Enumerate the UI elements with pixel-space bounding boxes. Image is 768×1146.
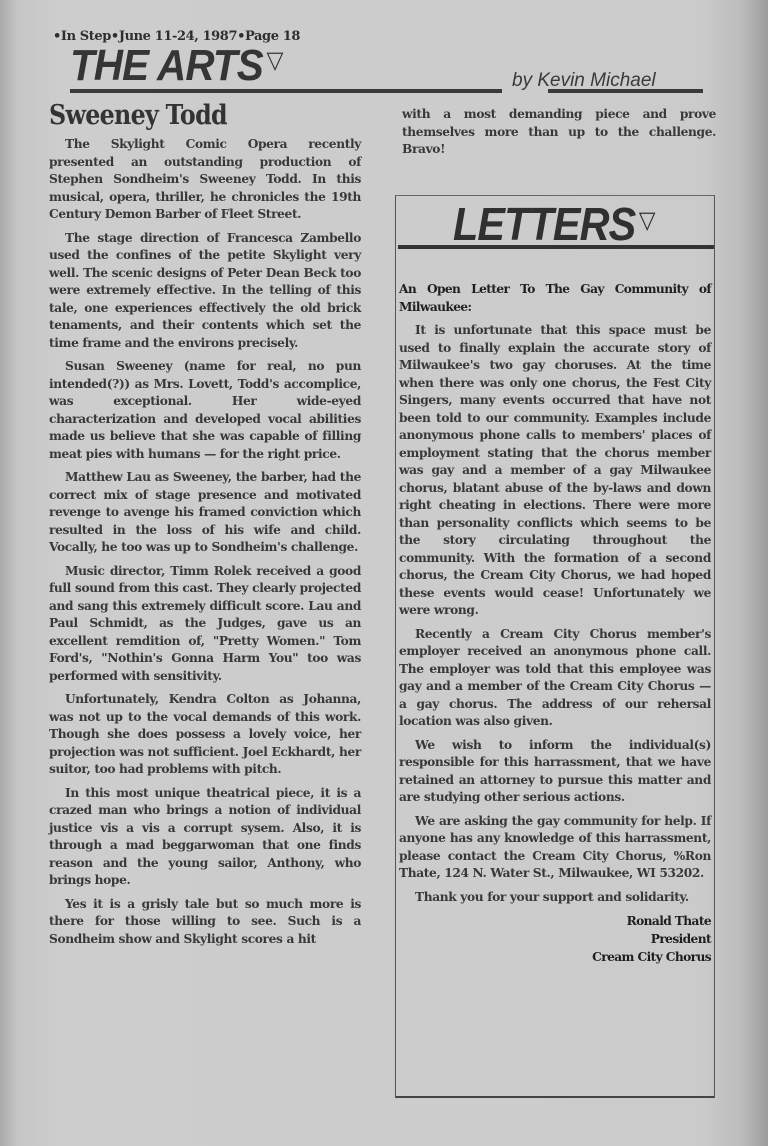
signature-title: President xyxy=(399,930,711,948)
letter-paragraph: It is unfortunate that this space must b… xyxy=(399,322,711,620)
letter-column: An Open Letter To The Gay Community of M… xyxy=(399,281,711,966)
article-continuation-column: with a most demanding piece and prove th… xyxy=(402,106,716,165)
byline-rule xyxy=(548,89,703,93)
triangle-marker-icon: ▽ xyxy=(639,207,655,234)
article-headline: Sweeney Todd xyxy=(49,100,227,131)
section-rule xyxy=(70,89,502,93)
article-paragraph: Matthew Lau as Sweeney, the barber, had … xyxy=(49,469,361,557)
letters-title: LETTERS▽ xyxy=(453,201,655,247)
article-paragraph: Susan Sweeney (name for real, no pun int… xyxy=(49,358,361,463)
article-paragraph: Music director, Timm Rolek received a go… xyxy=(49,563,361,686)
letter-paragraph: Thank you for your support and solidarit… xyxy=(399,889,711,907)
letter-paragraph: We wish to inform the individual(s) resp… xyxy=(399,737,711,807)
triangle-marker-icon: ▽ xyxy=(266,47,282,74)
signature-name: Ronald Thate xyxy=(399,912,711,930)
signature-organization: Cream City Chorus xyxy=(399,948,711,966)
section-title-text: THE ARTS xyxy=(70,41,263,90)
letters-rule xyxy=(398,245,714,249)
letter-title: An Open Letter To The Gay Community of M… xyxy=(399,281,711,316)
section-title: THE ARTS▽ xyxy=(70,44,283,88)
letter-paragraph: Recently a Cream City Chorus member's em… xyxy=(399,626,711,731)
article-paragraph: In this most unique theatrical piece, it… xyxy=(49,785,361,890)
article-continuation: with a most demanding piece and prove th… xyxy=(402,106,716,159)
article-paragraph: Unfortunately, Kendra Colton as Johanna,… xyxy=(49,691,361,779)
article-paragraph: The Skylight Comic Opera recently presen… xyxy=(49,136,361,224)
letter-paragraph: We are asking the gay community for help… xyxy=(399,813,711,883)
article-column-left: The Skylight Comic Opera recently presen… xyxy=(49,136,361,954)
article-paragraph: Yes it is a grisly tale but so much more… xyxy=(49,896,361,949)
letters-title-text: LETTERS xyxy=(453,198,635,250)
article-paragraph: The stage direction of Francesca Zambell… xyxy=(49,230,361,353)
letter-signature: Ronald Thate President Cream City Chorus xyxy=(399,912,711,966)
newspaper-page: •In Step•June 11-24, 1987•Page 18 THE AR… xyxy=(0,0,768,1146)
